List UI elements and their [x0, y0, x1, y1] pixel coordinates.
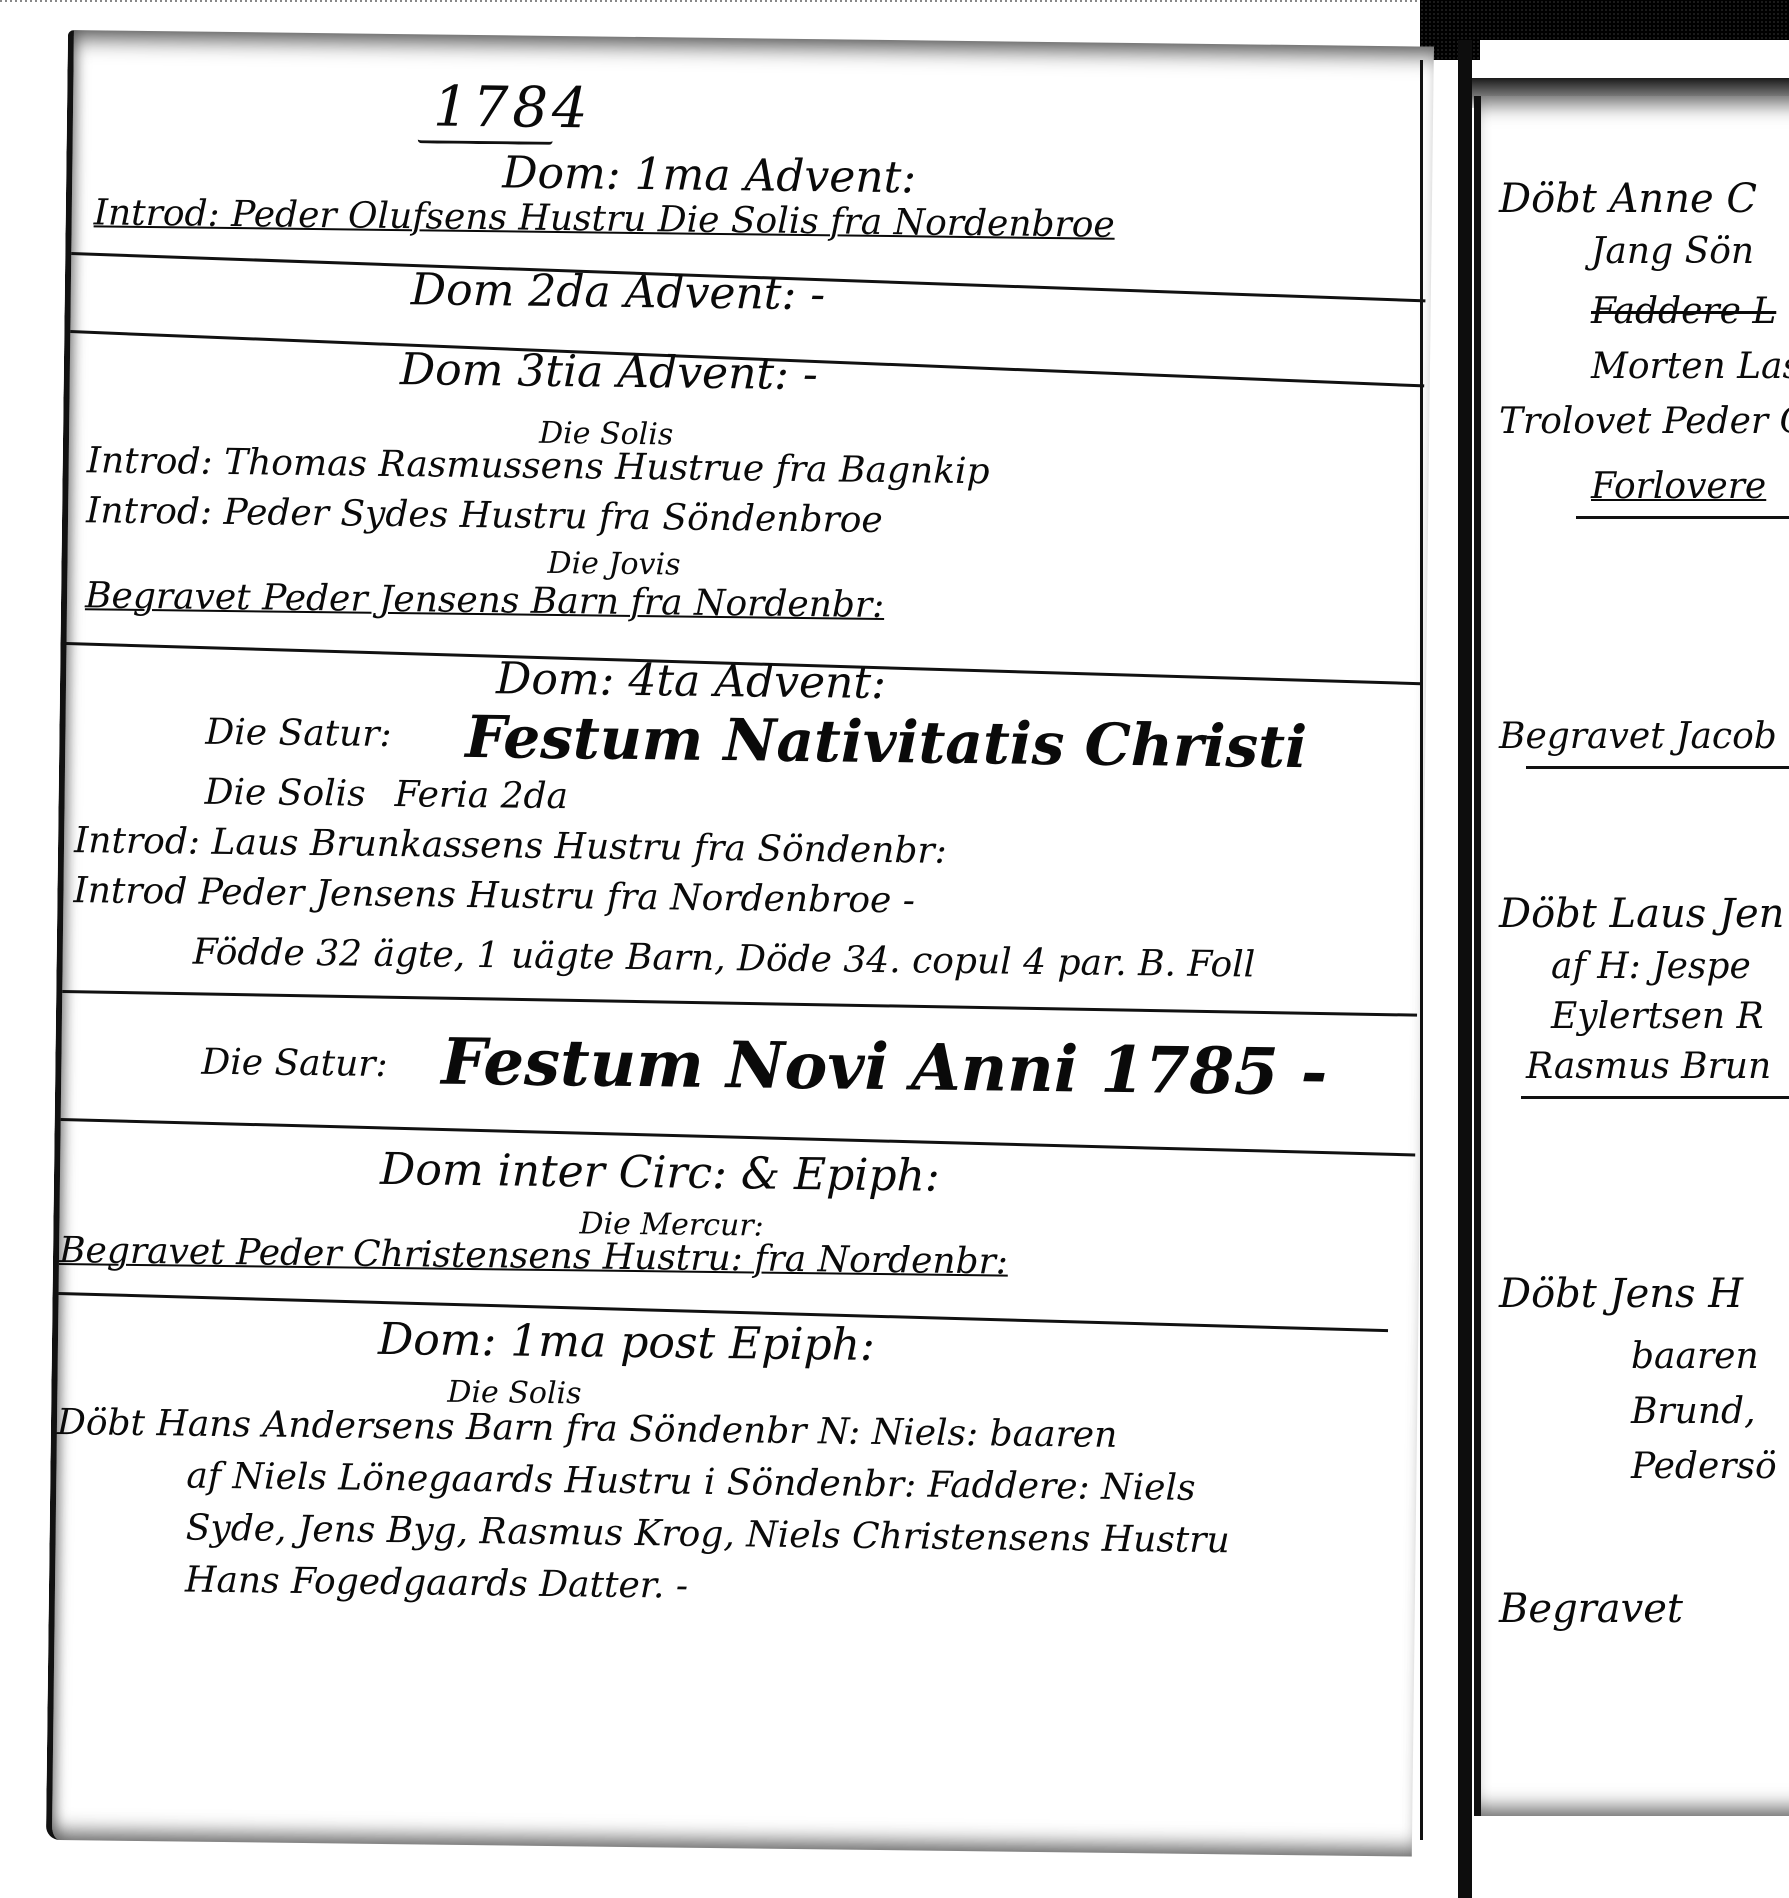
year-heading: 1784	[433, 74, 592, 141]
register-entry: Begravet Peder Christensens Hustru: fra …	[59, 1230, 1008, 1283]
register-entry-fragment: baaren	[1631, 1336, 1759, 1377]
section-heading: Dom: 4ta Advent:	[496, 653, 886, 709]
register-entry: Introd: Thomas Rasmussens Hustrue fra Ba…	[86, 440, 989, 492]
register-entry-fragment: Pedersö	[1631, 1446, 1777, 1487]
register-entry-fragment: Eylertsen R	[1551, 996, 1764, 1037]
register-entry: Introd: Peder Sydes Hustru fra Söndenbro…	[86, 490, 883, 541]
yearly-summary: Födde 32 ägte, 1 uägte Barn, Döde 34. co…	[192, 932, 1255, 986]
register-entry: Introd: Peder Olufsens Hustru Die Solis …	[94, 192, 1115, 245]
register-entry-fragment: Döbt Jens H	[1499, 1271, 1743, 1317]
register-entry-fragment: Forlovere	[1591, 466, 1766, 507]
day-label: Die Solis	[204, 772, 365, 815]
register-entry: Begravet Peder Jensens Barn fra Nordenbr…	[85, 575, 885, 626]
section-heading: Dom 2da Advent: -	[411, 264, 826, 320]
day-label: Die Satur:	[201, 1042, 388, 1085]
year-underline	[418, 134, 553, 145]
right-page: Döbt Anne C Jang Sön Faddere L Morten La…	[1474, 96, 1789, 1816]
register-entry-fragment: Döbt Anne C	[1499, 176, 1757, 222]
register-entry-fragment: af H: Jespe	[1551, 946, 1751, 987]
register-entry: af Niels Lönegaards Hustru i Söndenbr: F…	[186, 1456, 1196, 1509]
section-heading: Dom: 1ma Advent:	[502, 147, 917, 203]
feria-label: Feria 2da	[394, 774, 568, 817]
book-edge	[1480, 40, 1789, 82]
day-label: Die Jovis	[547, 546, 680, 583]
ruled-line	[1521, 1096, 1789, 1099]
register-entry-fragment: Begravet	[1499, 1586, 1683, 1632]
register-entry-fragment: Döbt Laus Jen	[1499, 891, 1784, 937]
section-heading: Dom inter Circ: & Epiph:	[380, 1144, 940, 1202]
register-entry-fragment: Brund,	[1631, 1391, 1756, 1432]
register-entry: Introd Peder Jensens Hustru fra Nordenbr…	[73, 870, 915, 921]
section-heading: Dom 3tia Advent: -	[400, 344, 819, 400]
register-entry-fragment: Jang Sön	[1591, 231, 1754, 272]
left-page: 1784 Dom: 1ma Advent: Introd: Peder Oluf…	[46, 30, 1434, 1857]
ruled-line	[1576, 516, 1789, 519]
feast-title: Festum Nativitatis Christi	[465, 703, 1307, 781]
day-label: Die Solis	[447, 1375, 582, 1412]
register-entry: Syde, Jens Byg, Rasmus Krog, Niels Chris…	[185, 1508, 1229, 1562]
register-entry: Hans Fogedgaards Datter. -	[185, 1560, 689, 1607]
ruled-line	[62, 990, 1417, 1017]
page-gutter	[1420, 60, 1423, 1840]
register-entry: Döbt Hans Andersens Barn fra Söndenbr N:…	[57, 1402, 1118, 1456]
ruled-line	[1526, 766, 1789, 769]
register-entry-fragment: Trolovet Peder C	[1499, 401, 1789, 442]
register-entry-fragment: Morten Lass	[1591, 346, 1789, 387]
feast-title: Festum Novi Anni 1785 -	[441, 1025, 1328, 1111]
register-entry-fragment: Faddere L	[1591, 291, 1776, 332]
register-entry-fragment: Rasmus Brun	[1526, 1046, 1771, 1087]
book-spine	[1458, 40, 1472, 1898]
section-heading: Dom: 1ma post Epiph:	[378, 1314, 875, 1371]
day-label: Die Satur:	[205, 712, 392, 755]
register-entry-fragment: Begravet Jacob	[1499, 716, 1777, 757]
register-entry: Introd: Laus Brunkassens Hustru fra Sönd…	[74, 820, 947, 872]
